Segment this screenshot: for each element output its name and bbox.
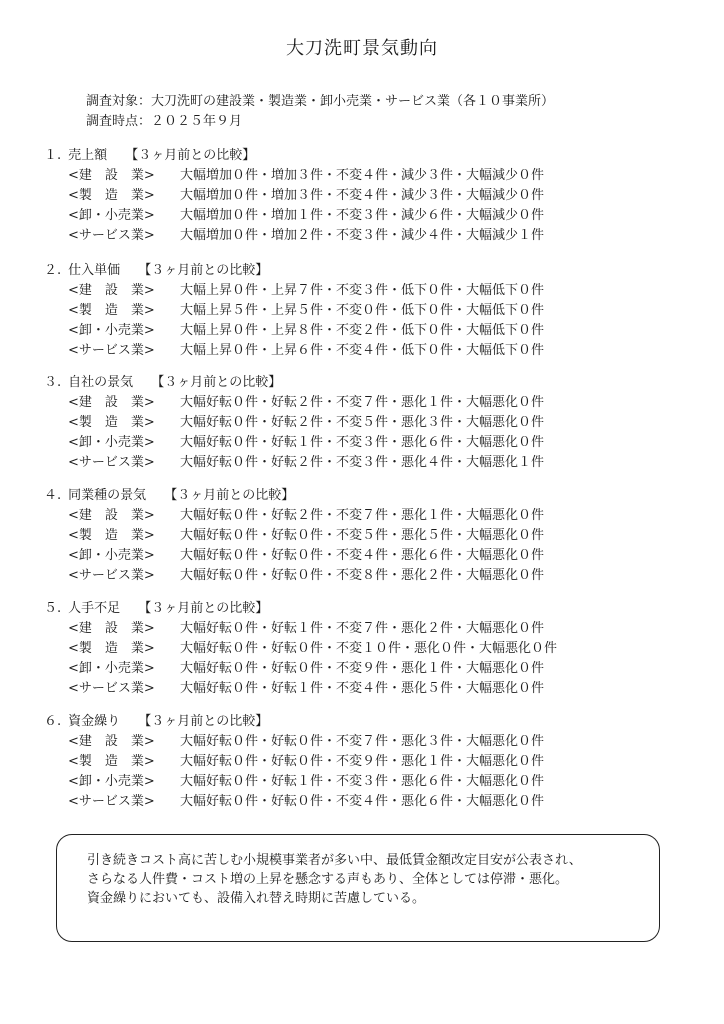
industry-values: 大幅好転０件・好転２件・不変５件・悪化３件・大幅悪化０件 xyxy=(180,413,544,433)
section-heading: ３. 自社の景気 【３ヶ月前との比較】 xyxy=(44,373,544,393)
industry-values: 大幅上昇０件・上昇６件・不変４件・低下０件・大幅低下０件 xyxy=(180,341,544,361)
industry-values: 大幅増加０件・増加１件・不変３件・減少６件・大幅減少０件 xyxy=(180,206,544,226)
industry-row: <卸・小売業>大幅好転０件・好転１件・不変３件・悪化６件・大幅悪化０件 xyxy=(44,433,544,453)
section-compare-label: 【３ヶ月前との比較】 xyxy=(164,486,294,506)
section-heading: ４. 同業種の景気 【３ヶ月前との比較】 xyxy=(44,486,544,506)
industry-row: <サービス業>大幅好転０件・好転０件・不変４件・悪化６件・大幅悪化０件 xyxy=(44,792,544,812)
industry-values: 大幅好転０件・好転０件・不変８件・悪化２件・大幅悪化０件 xyxy=(180,566,544,586)
industry-values: 大幅好転０件・好転２件・不変７件・悪化１件・大幅悪化０件 xyxy=(180,393,544,413)
section-number: ５. xyxy=(44,599,64,619)
section-heading: １. 売上額 【３ヶ月前との比較】 xyxy=(44,146,544,166)
survey-target: 調査対象：大刀洗町の建設業・製造業・卸小売業・サービス業（各１０事業所） xyxy=(86,92,554,112)
industry-label: <建 設 業> xyxy=(68,166,180,186)
section-purchase-price: ２. 仕入単価 【３ヶ月前との比較】 <建 設 業>大幅上昇０件・上昇７件・不変… xyxy=(44,261,544,361)
industry-row: <卸・小売業>大幅好転０件・好転１件・不変３件・悪化６件・大幅悪化０件 xyxy=(44,772,544,792)
industry-row: <サービス業>大幅好転０件・好転１件・不変４件・悪化５件・大幅悪化０件 xyxy=(44,679,557,699)
industry-values: 大幅好転０件・好転２件・不変７件・悪化１件・大幅悪化０件 xyxy=(180,506,544,526)
industry-values: 大幅好転０件・好転０件・不変４件・悪化６件・大幅悪化０件 xyxy=(180,792,544,812)
section-number: ４. xyxy=(44,486,64,506)
industry-values: 大幅好転０件・好転０件・不変７件・悪化３件・大幅悪化０件 xyxy=(180,732,544,752)
section-name: 仕入単価 xyxy=(68,261,120,281)
section-heading: ２. 仕入単価 【３ヶ月前との比較】 xyxy=(44,261,544,281)
section-heading: ６. 資金繰り 【３ヶ月前との比較】 xyxy=(44,712,544,732)
survey-date: 調査時点：２０２５年９月 xyxy=(86,112,554,132)
industry-values: 大幅増加０件・増加３件・不変４件・減少３件・大幅減少０件 xyxy=(180,186,544,206)
industry-label: <建 設 業> xyxy=(68,619,180,639)
industry-row: <製 造 業>大幅好転０件・好転０件・不変５件・悪化５件・大幅悪化０件 xyxy=(44,526,544,546)
industry-label: <製 造 業> xyxy=(68,301,180,321)
industry-label: <卸・小売業> xyxy=(68,659,180,679)
industry-label: <サービス業> xyxy=(68,226,180,246)
industry-label: <卸・小売業> xyxy=(68,546,180,566)
industry-values: 大幅増加０件・増加３件・不変４件・減少３件・大幅減少０件 xyxy=(180,166,544,186)
section-number: ３. xyxy=(44,373,64,393)
industry-values: 大幅好転０件・好転１件・不変４件・悪化５件・大幅悪化０件 xyxy=(180,679,544,699)
industry-label: <サービス業> xyxy=(68,792,180,812)
industry-label: <サービス業> xyxy=(68,453,180,473)
section-labor-shortage: ５. 人手不足 【３ヶ月前との比較】 <建 設 業>大幅好転０件・好転１件・不変… xyxy=(44,599,557,699)
section-name: 同業種の景気 xyxy=(68,486,146,506)
industry-row: <建 設 業>大幅上昇０件・上昇７件・不変３件・低下０件・大幅低下０件 xyxy=(44,281,544,301)
section-number: ６. xyxy=(44,712,64,732)
section-number: １. xyxy=(44,146,64,166)
industry-values: 大幅好転０件・好転０件・不変９件・悪化１件・大幅悪化０件 xyxy=(180,659,544,679)
industry-label: <建 設 業> xyxy=(68,506,180,526)
industry-values: 大幅増加０件・増加２件・不変３件・減少４件・大幅減少１件 xyxy=(180,226,544,246)
section-name: 自社の景気 xyxy=(68,373,133,393)
industry-values: 大幅好転０件・好転２件・不変３件・悪化４件・大幅悪化１件 xyxy=(180,453,544,473)
industry-label: <サービス業> xyxy=(68,566,180,586)
industry-row: <サービス業>大幅上昇０件・上昇６件・不変４件・低下０件・大幅低下０件 xyxy=(44,341,544,361)
industry-row: <製 造 業>大幅好転０件・好転０件・不変１０件・悪化０件・大幅悪化０件 xyxy=(44,639,557,659)
industry-values: 大幅好転０件・好転０件・不変１０件・悪化０件・大幅悪化０件 xyxy=(180,639,557,659)
section-compare-label: 【３ヶ月前との比較】 xyxy=(125,146,255,166)
section-industry-conditions: ４. 同業種の景気 【３ヶ月前との比較】 <建 設 業>大幅好転０件・好転２件・… xyxy=(44,486,544,586)
industry-row: <建 設 業>大幅好転０件・好転２件・不変７件・悪化１件・大幅悪化０件 xyxy=(44,393,544,413)
industry-values: 大幅好転０件・好転１件・不変３件・悪化６件・大幅悪化０件 xyxy=(180,433,544,453)
industry-label: <卸・小売業> xyxy=(68,321,180,341)
comment-line: さらなる人件費・コスト増の上昇を懸念する声もあり、全体としては停滞・悪化。 xyxy=(87,870,659,889)
section-compare-label: 【３ヶ月前との比較】 xyxy=(151,373,281,393)
industry-label: <卸・小売業> xyxy=(68,772,180,792)
page-title: 大刀洗町景気動向 xyxy=(0,34,724,60)
industry-values: 大幅好転０件・好転０件・不変９件・悪化１件・大幅悪化０件 xyxy=(180,752,544,772)
industry-values: 大幅上昇０件・上昇７件・不変３件・低下０件・大幅低下０件 xyxy=(180,281,544,301)
section-compare-label: 【３ヶ月前との比較】 xyxy=(138,261,268,281)
section-cash-flow: ６. 資金繰り 【３ヶ月前との比較】 <建 設 業>大幅好転０件・好転０件・不変… xyxy=(44,712,544,812)
section-heading: ５. 人手不足 【３ヶ月前との比較】 xyxy=(44,599,557,619)
section-number: ２. xyxy=(44,261,64,281)
industry-row: <サービス業>大幅好転０件・好転０件・不変８件・悪化２件・大幅悪化０件 xyxy=(44,566,544,586)
industry-row: <建 設 業>大幅好転０件・好転１件・不変７件・悪化２件・大幅悪化０件 xyxy=(44,619,557,639)
section-sales: １. 売上額 【３ヶ月前との比較】 <建 設 業>大幅増加０件・増加３件・不変４… xyxy=(44,146,544,246)
industry-row: <卸・小売業>大幅上昇０件・上昇８件・不変２件・低下０件・大幅低下０件 xyxy=(44,321,544,341)
industry-label: <サービス業> xyxy=(68,341,180,361)
survey-meta: 調査対象：大刀洗町の建設業・製造業・卸小売業・サービス業（各１０事業所） 調査時… xyxy=(86,92,554,132)
industry-label: <製 造 業> xyxy=(68,413,180,433)
section-own-business-conditions: ３. 自社の景気 【３ヶ月前との比較】 <建 設 業>大幅好転０件・好転２件・不… xyxy=(44,373,544,473)
industry-values: 大幅上昇５件・上昇５件・不変０件・低下０件・大幅低下０件 xyxy=(180,301,544,321)
industry-row: <製 造 業>大幅上昇５件・上昇５件・不変０件・低下０件・大幅低下０件 xyxy=(44,301,544,321)
section-compare-label: 【３ヶ月前との比較】 xyxy=(138,712,268,732)
industry-row: <建 設 業>大幅増加０件・増加３件・不変４件・減少３件・大幅減少０件 xyxy=(44,166,544,186)
industry-label: <製 造 業> xyxy=(68,752,180,772)
industry-label: <卸・小売業> xyxy=(68,206,180,226)
industry-label: <製 造 業> xyxy=(68,186,180,206)
section-name: 資金繰り xyxy=(68,712,120,732)
industry-values: 大幅好転０件・好転０件・不変５件・悪化５件・大幅悪化０件 xyxy=(180,526,544,546)
industry-label: <製 造 業> xyxy=(68,526,180,546)
industry-row: <卸・小売業>大幅好転０件・好転０件・不変９件・悪化１件・大幅悪化０件 xyxy=(44,659,557,679)
section-name: 人手不足 xyxy=(68,599,120,619)
industry-values: 大幅好転０件・好転１件・不変７件・悪化２件・大幅悪化０件 xyxy=(180,619,544,639)
industry-label: <製 造 業> xyxy=(68,639,180,659)
industry-values: 大幅好転０件・好転１件・不変３件・悪化６件・大幅悪化０件 xyxy=(180,772,544,792)
industry-values: 大幅好転０件・好転０件・不変４件・悪化６件・大幅悪化０件 xyxy=(180,546,544,566)
industry-row: <製 造 業>大幅好転０件・好転２件・不変５件・悪化３件・大幅悪化０件 xyxy=(44,413,544,433)
industry-row: <サービス業>大幅好転０件・好転２件・不変３件・悪化４件・大幅悪化１件 xyxy=(44,453,544,473)
industry-label: <卸・小売業> xyxy=(68,433,180,453)
section-name: 売上額 xyxy=(68,146,107,166)
comment-line: 資金繰りにおいても、設備入れ替え時期に苦慮している。 xyxy=(87,889,659,908)
comment-line: 引き続きコスト高に苦しむ小規模事業者が多い中、最低賃金額改定目安が公表され、 xyxy=(87,851,659,870)
industry-label: <建 設 業> xyxy=(68,732,180,752)
industry-row: <卸・小売業>大幅増加０件・増加１件・不変３件・減少６件・大幅減少０件 xyxy=(44,206,544,226)
industry-row: <製 造 業>大幅増加０件・増加３件・不変４件・減少３件・大幅減少０件 xyxy=(44,186,544,206)
industry-label: <サービス業> xyxy=(68,679,180,699)
industry-row: <卸・小売業>大幅好転０件・好転０件・不変４件・悪化６件・大幅悪化０件 xyxy=(44,546,544,566)
section-compare-label: 【３ヶ月前との比較】 xyxy=(138,599,268,619)
industry-label: <建 設 業> xyxy=(68,393,180,413)
industry-row: <製 造 業>大幅好転０件・好転０件・不変９件・悪化１件・大幅悪化０件 xyxy=(44,752,544,772)
industry-values: 大幅上昇０件・上昇８件・不変２件・低下０件・大幅低下０件 xyxy=(180,321,544,341)
industry-row: <建 設 業>大幅好転０件・好転０件・不変７件・悪化３件・大幅悪化０件 xyxy=(44,732,544,752)
industry-row: <サービス業>大幅増加０件・増加２件・不変３件・減少４件・大幅減少１件 xyxy=(44,226,544,246)
industry-label: <建 設 業> xyxy=(68,281,180,301)
summary-comment-box: 引き続きコスト高に苦しむ小規模事業者が多い中、最低賃金額改定目安が公表され、 さ… xyxy=(56,834,660,942)
industry-row: <建 設 業>大幅好転０件・好転２件・不変７件・悪化１件・大幅悪化０件 xyxy=(44,506,544,526)
